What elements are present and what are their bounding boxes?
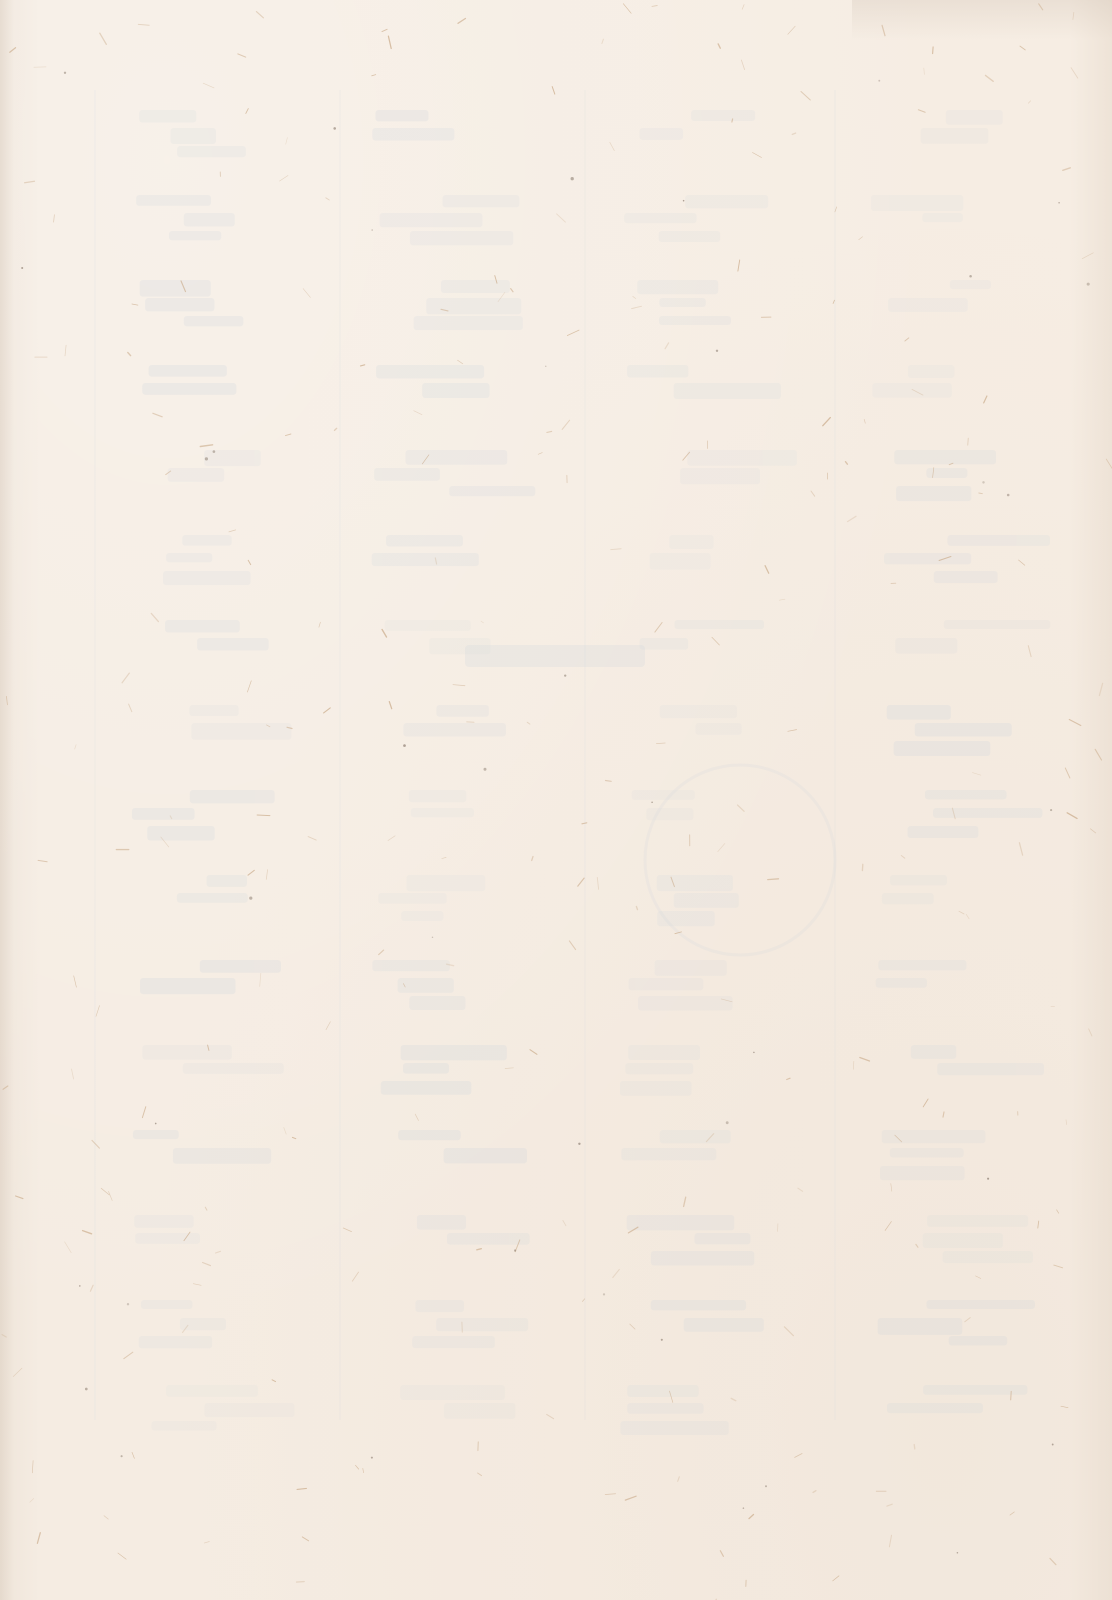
bleed-through-grid	[0, 0, 1112, 1600]
paper-page	[0, 0, 1112, 1600]
